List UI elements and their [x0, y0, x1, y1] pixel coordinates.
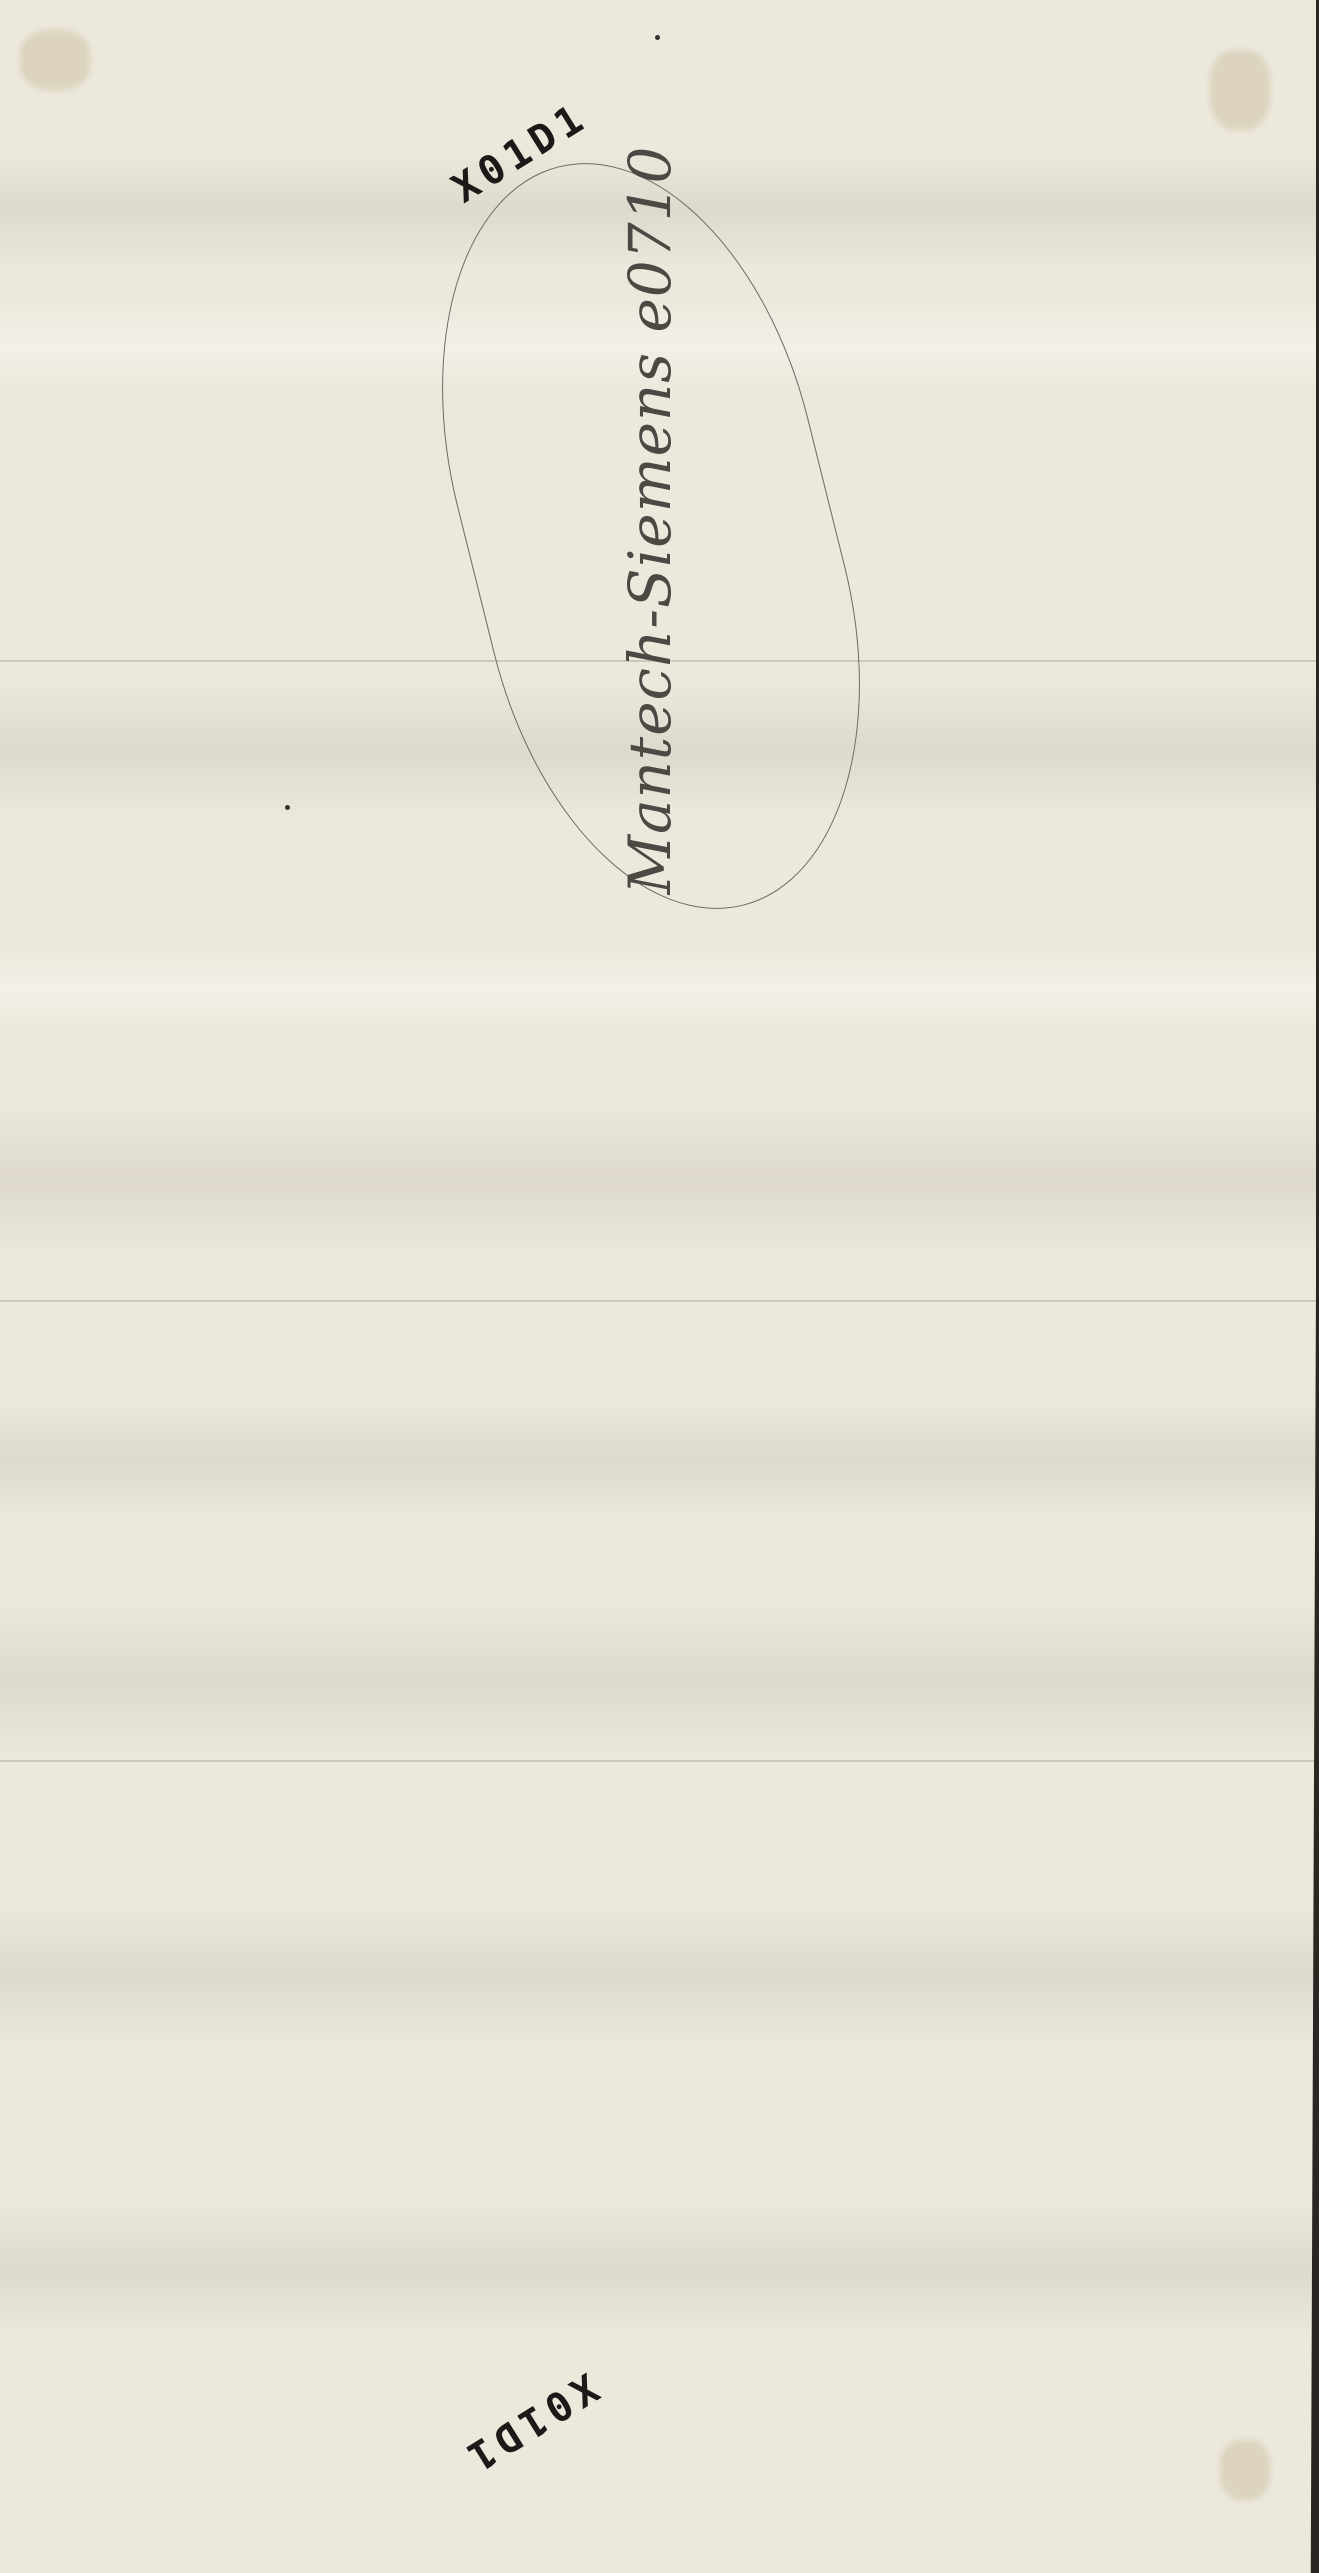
- fold-line: [0, 1300, 1316, 1302]
- handwritten-note: Mantech-Siemens e0710: [616, 146, 684, 895]
- corner-stain: [1210, 50, 1270, 130]
- crease-shadow: [0, 1900, 1316, 2050]
- paper-sheet: Mantech-Siemens e0710 X01D1 X01D1: [0, 0, 1316, 2573]
- speck: [285, 805, 290, 810]
- perforated-stamp-bottom: X01D1: [454, 2364, 606, 2483]
- crease-shadow: [0, 1600, 1316, 1760]
- crease-highlight: [0, 950, 1316, 1030]
- crease-shadow: [0, 1400, 1316, 1520]
- speck: [655, 35, 660, 40]
- crease-shadow: [0, 1100, 1316, 1260]
- corner-stain: [1220, 2440, 1270, 2500]
- fold-line: [0, 1760, 1316, 1762]
- corner-stain: [20, 30, 90, 90]
- crease-shadow: [0, 2200, 1316, 2340]
